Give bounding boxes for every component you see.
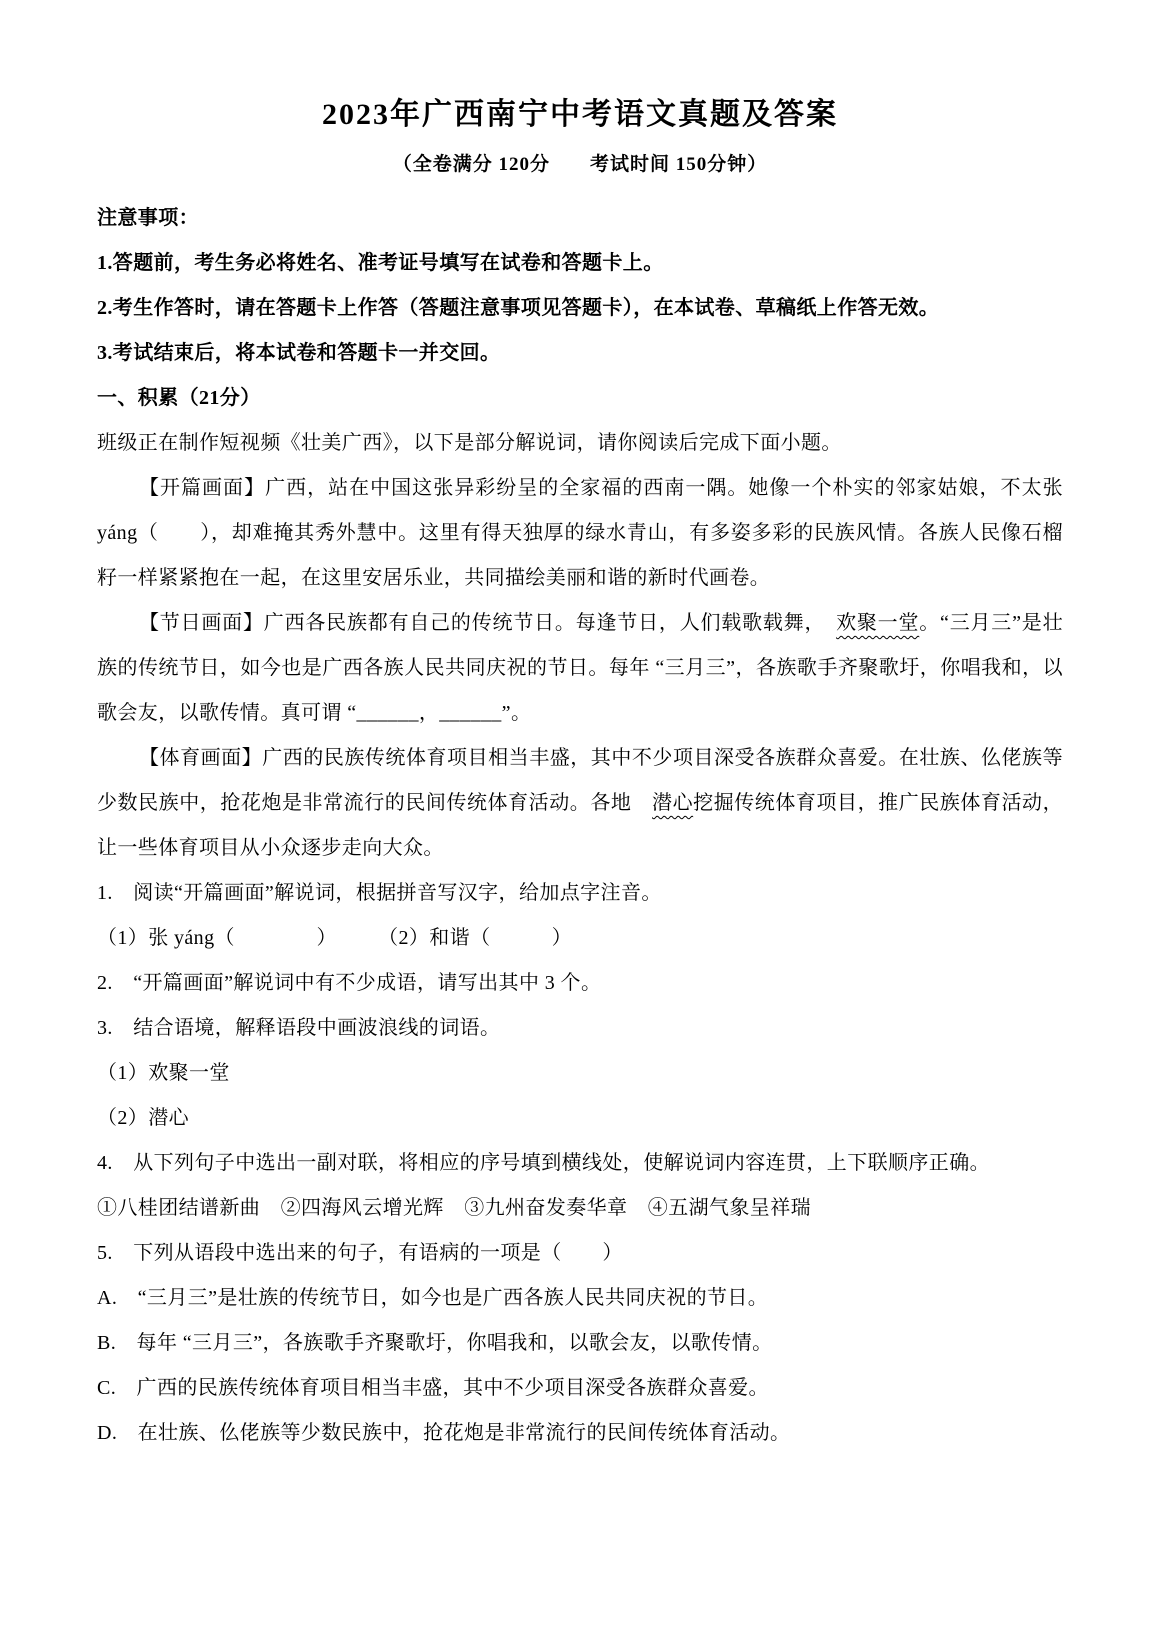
- notice-heading: 注意事项：: [97, 196, 1063, 241]
- question-2: 2. “开篇画面”解说词中有不少成语，请写出其中 3 个。: [97, 961, 1063, 1006]
- question-5-option-c: C. 广西的民族传统体育项目相当丰盛，其中不少项目深受各族群众喜爱。: [97, 1366, 1063, 1411]
- notice-item-3: 3.考试结束后，将本试卷和答题卡一并交回。: [97, 331, 1063, 376]
- page-content: 2023年广西南宁中考语文真题及答案 （全卷满分 120分 考试时间 150分钟…: [0, 0, 1158, 1456]
- passage-opening-text: 【开篇画面】广西，站在中国这张异彩纷呈的全家福的西南一隅。她像一个朴实的邻家姑娘…: [97, 477, 1063, 589]
- wavy-term-huanjuyitang: 欢聚一堂: [836, 612, 919, 634]
- document-body: 注意事项： 1.答题前，考生务必将姓名、准考证号填写在试卷和答题卡上。 2.考生…: [97, 196, 1063, 1456]
- notice-item-1: 1.答题前，考生务必将姓名、准考证号填写在试卷和答题卡上。: [97, 241, 1063, 286]
- question-1-answer-blanks: （1）张 yáng（ ） （2）和谐（ ）: [97, 916, 1063, 961]
- question-3: 3. 结合语境，解释语段中画波浪线的词语。: [97, 1006, 1063, 1051]
- question-4: 4. 从下列句子中选出一副对联，将相应的序号填到横线处，使解说词内容连贯，上下联…: [97, 1141, 1063, 1186]
- section-intro: 班级正在制作短视频《壮美广西》，以下是部分解说词，请你阅读后完成下面小题。: [97, 421, 1063, 466]
- exam-meta-line: （全卷满分 120分 考试时间 150分钟）: [97, 150, 1063, 180]
- page-title: 2023年广西南宁中考语文真题及答案: [97, 94, 1063, 136]
- question-3-item-1: （1）欢聚一堂: [97, 1051, 1063, 1096]
- question-3-item-2: （2）潜心: [97, 1096, 1063, 1141]
- passage-festival-seg1: 【节日画面】广西各民族都有自己的传统节日。每逢节日，人们载歌载舞，: [139, 612, 836, 634]
- question-4-couplet-options: ①八桂团结谱新曲 ②四海风云增光辉 ③九州奋发奏华章 ④五湖气象呈祥瑞: [97, 1186, 1063, 1231]
- exam-document-page: 2023年广西南宁中考语文真题及答案 （全卷满分 120分 考试时间 150分钟…: [0, 0, 1158, 1638]
- notice-item-2: 2.考生作答时，请在答题卡上作答（答题注意事项见答题卡），在本试卷、草稿纸上作答…: [97, 286, 1063, 331]
- question-5-option-b: B. 每年 “三月三”，各族歌手齐聚歌圩，你唱我和，以歌会友，以歌传情。: [97, 1321, 1063, 1366]
- passage-opening-scene: 【开篇画面】广西，站在中国这张异彩纷呈的全家福的西南一隅。她像一个朴实的邻家姑娘…: [97, 466, 1063, 601]
- question-5-option-a: A. “三月三”是壮族的传统节日，如今也是广西各族人民共同庆祝的节日。: [97, 1276, 1063, 1321]
- passage-festival-scene: 【节日画面】广西各民族都有自己的传统节日。每逢节日，人们载歌载舞， 欢聚一堂。“…: [97, 601, 1063, 736]
- question-5: 5. 下列从语段中选出来的句子，有语病的一项是（ ）: [97, 1231, 1063, 1276]
- section-heading: 一、积累（21分）: [97, 376, 1063, 421]
- question-5-option-d: D. 在壮族、仫佬族等少数民族中，抢花炮是非常流行的民间传统体育活动。: [97, 1411, 1063, 1456]
- passage-sports-scene: 【体育画面】广西的民族传统体育项目相当丰盛，其中不少项目深受各族群众喜爱。在壮族…: [97, 736, 1063, 871]
- wavy-term-qianxin: 潜心: [652, 792, 693, 814]
- question-1: 1. 阅读“开篇画面”解说词，根据拼音写汉字，给加点字注音。: [97, 871, 1063, 916]
